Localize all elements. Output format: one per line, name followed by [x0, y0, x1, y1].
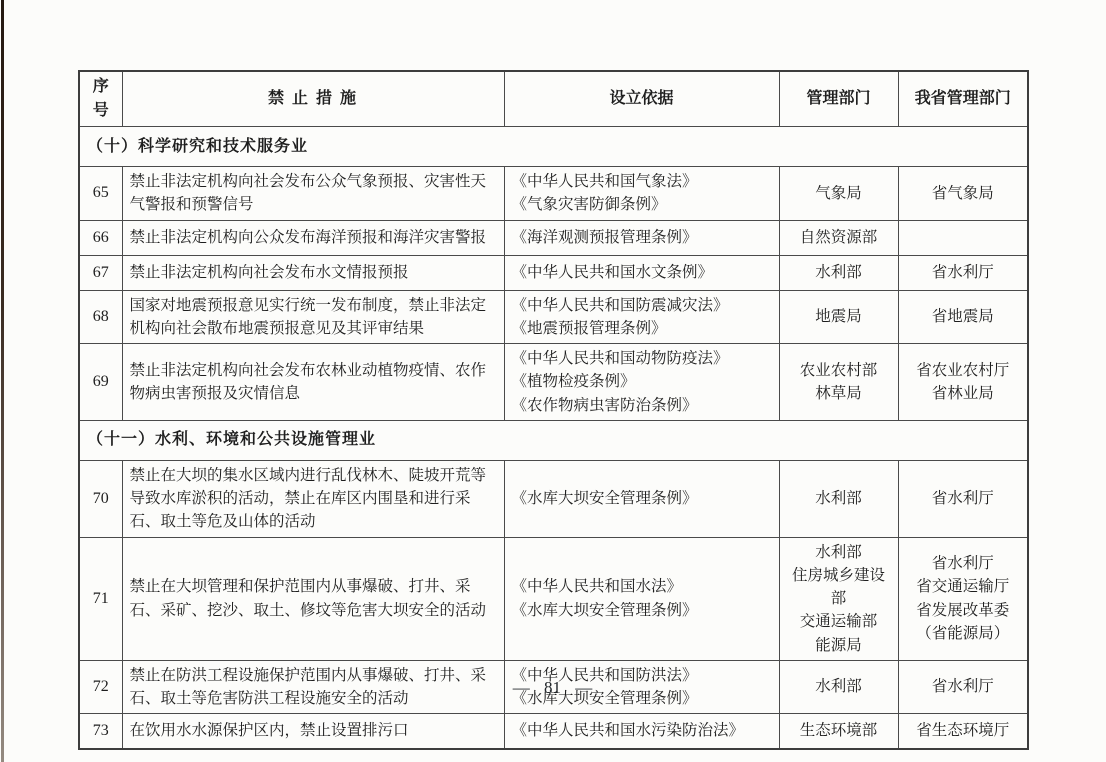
- col-header-measure: 禁 止 措 施: [122, 71, 504, 127]
- table-row: 67 禁止非法定机构向社会发布水文情报预报 《中华人民共和国水文条例》 水利部 …: [79, 255, 1028, 290]
- cell-province-dept: 省农业农村厅 省林业局: [898, 344, 1028, 421]
- cell-basis: 《中华人民共和国动物防疫法》 《植物检疫条例》 《农作物病虫害防治条例》: [504, 344, 779, 421]
- cell-no: 70: [79, 460, 122, 537]
- scan-edge-artifact: [1, 0, 4, 762]
- cell-no: 73: [79, 714, 122, 749]
- cell-measure: 禁止非法定机构向社会发布农林业动植物疫情、农作物病虫害预报及灾情信息: [122, 344, 504, 421]
- cell-measure: 国家对地震预报意见实行统一发布制度，禁止非法定机构向社会散布地震预报意见及其评审…: [122, 290, 504, 344]
- cell-measure: 在饮用水水源保护区内，禁止设置排污口: [122, 714, 504, 749]
- cell-basis: 《中华人民共和国水文条例》: [504, 255, 779, 290]
- table-row: 66 禁止非法定机构向公众发布海洋预报和海洋灾害警报 《海洋观测预报管理条例》 …: [79, 220, 1028, 255]
- col-header-basis: 设立依据: [504, 71, 779, 127]
- cell-province-dept: 省气象局: [898, 167, 1028, 221]
- cell-measure: 禁止在大坝管理和保护范围内从事爆破、打井、采石、采矿、挖沙、取土、修坟等危害大坝…: [122, 537, 504, 660]
- cell-dept: 地震局: [779, 290, 898, 344]
- document-page: 序号 禁 止 措 施 设立依据 管理部门 我省管理部门 （十）科学研究和技术服务…: [0, 0, 1106, 762]
- cell-no: 66: [79, 220, 122, 255]
- table-row: 65 禁止非法定机构向社会发布公众气象预报、灾害性天气警报和预警信号 《中华人民…: [79, 167, 1028, 221]
- table-header-row: 序号 禁 止 措 施 设立依据 管理部门 我省管理部门: [79, 71, 1028, 127]
- cell-no: 68: [79, 290, 122, 344]
- col-header-no: 序号: [79, 71, 122, 127]
- table-row: 73 在饮用水水源保护区内，禁止设置排污口 《中华人民共和国水污染防治法》 生态…: [79, 714, 1028, 749]
- cell-measure: 禁止在大坝的集水区域内进行乱伐林木、陡坡开荒等导致水库淤积的活动，禁止在库区内围…: [122, 460, 504, 537]
- cell-no: 65: [79, 167, 122, 221]
- cell-measure: 禁止非法定机构向社会发布水文情报预报: [122, 255, 504, 290]
- section-title: （十一）水利、环境和公共设施管理业: [79, 420, 1028, 460]
- cell-dept: 水利部: [779, 255, 898, 290]
- cell-no: 67: [79, 255, 122, 290]
- table-row: 68 国家对地震预报意见实行统一发布制度，禁止非法定机构向社会散布地震预报意见及…: [79, 290, 1028, 344]
- cell-province-dept: 省水利厅: [898, 255, 1028, 290]
- cell-province-dept: 省生态环境厅: [898, 714, 1028, 749]
- prohibition-measures-table: 序号 禁 止 措 施 设立依据 管理部门 我省管理部门 （十）科学研究和技术服务…: [78, 70, 1029, 750]
- cell-dept: 气象局: [779, 167, 898, 221]
- cell-dept: 农业农村部 林草局: [779, 344, 898, 421]
- cell-basis: 《中华人民共和国防震减灾法》 《地震预报管理条例》: [504, 290, 779, 344]
- section-title: （十）科学研究和技术服务业: [79, 127, 1028, 167]
- cell-dept: 自然资源部: [779, 220, 898, 255]
- cell-basis: 《中华人民共和国气象法》 《气象灾害防御条例》: [504, 167, 779, 221]
- cell-basis: 《中华人民共和国水法》 《水库大坝安全管理条例》: [504, 537, 779, 660]
- section-row: （十一）水利、环境和公共设施管理业: [79, 420, 1028, 460]
- col-header-dept: 管理部门: [779, 71, 898, 127]
- table-row: 70 禁止在大坝的集水区域内进行乱伐林木、陡坡开荒等导致水库淤积的活动，禁止在库…: [79, 460, 1028, 537]
- cell-dept: 水利部 住房城乡建设部 交通运输部 能源局: [779, 537, 898, 660]
- cell-dept: 生态环境部: [779, 714, 898, 749]
- cell-no: 71: [79, 537, 122, 660]
- page-number: — 81 —: [78, 678, 1027, 698]
- cell-province-dept: 省水利厅 省交通运输厅 省发展改革委 （省能源局）: [898, 537, 1028, 660]
- cell-province-dept: 省水利厅: [898, 460, 1028, 537]
- table-row: 69 禁止非法定机构向社会发布农林业动植物疫情、农作物病虫害预报及灾情信息 《中…: [79, 344, 1028, 421]
- cell-basis: 《中华人民共和国水污染防治法》: [504, 714, 779, 749]
- section-row: （十）科学研究和技术服务业: [79, 127, 1028, 167]
- cell-province-dept: [898, 220, 1028, 255]
- cell-no: 69: [79, 344, 122, 421]
- cell-dept: 水利部: [779, 460, 898, 537]
- table-row: 71 禁止在大坝管理和保护范围内从事爆破、打井、采石、采矿、挖沙、取土、修坟等危…: [79, 537, 1028, 660]
- cell-basis: 《水库大坝安全管理条例》: [504, 460, 779, 537]
- cell-measure: 禁止非法定机构向公众发布海洋预报和海洋灾害警报: [122, 220, 504, 255]
- cell-province-dept: 省地震局: [898, 290, 1028, 344]
- cell-measure: 禁止非法定机构向社会发布公众气象预报、灾害性天气警报和预警信号: [122, 167, 504, 221]
- col-header-province-dept: 我省管理部门: [898, 71, 1028, 127]
- cell-basis: 《海洋观测预报管理条例》: [504, 220, 779, 255]
